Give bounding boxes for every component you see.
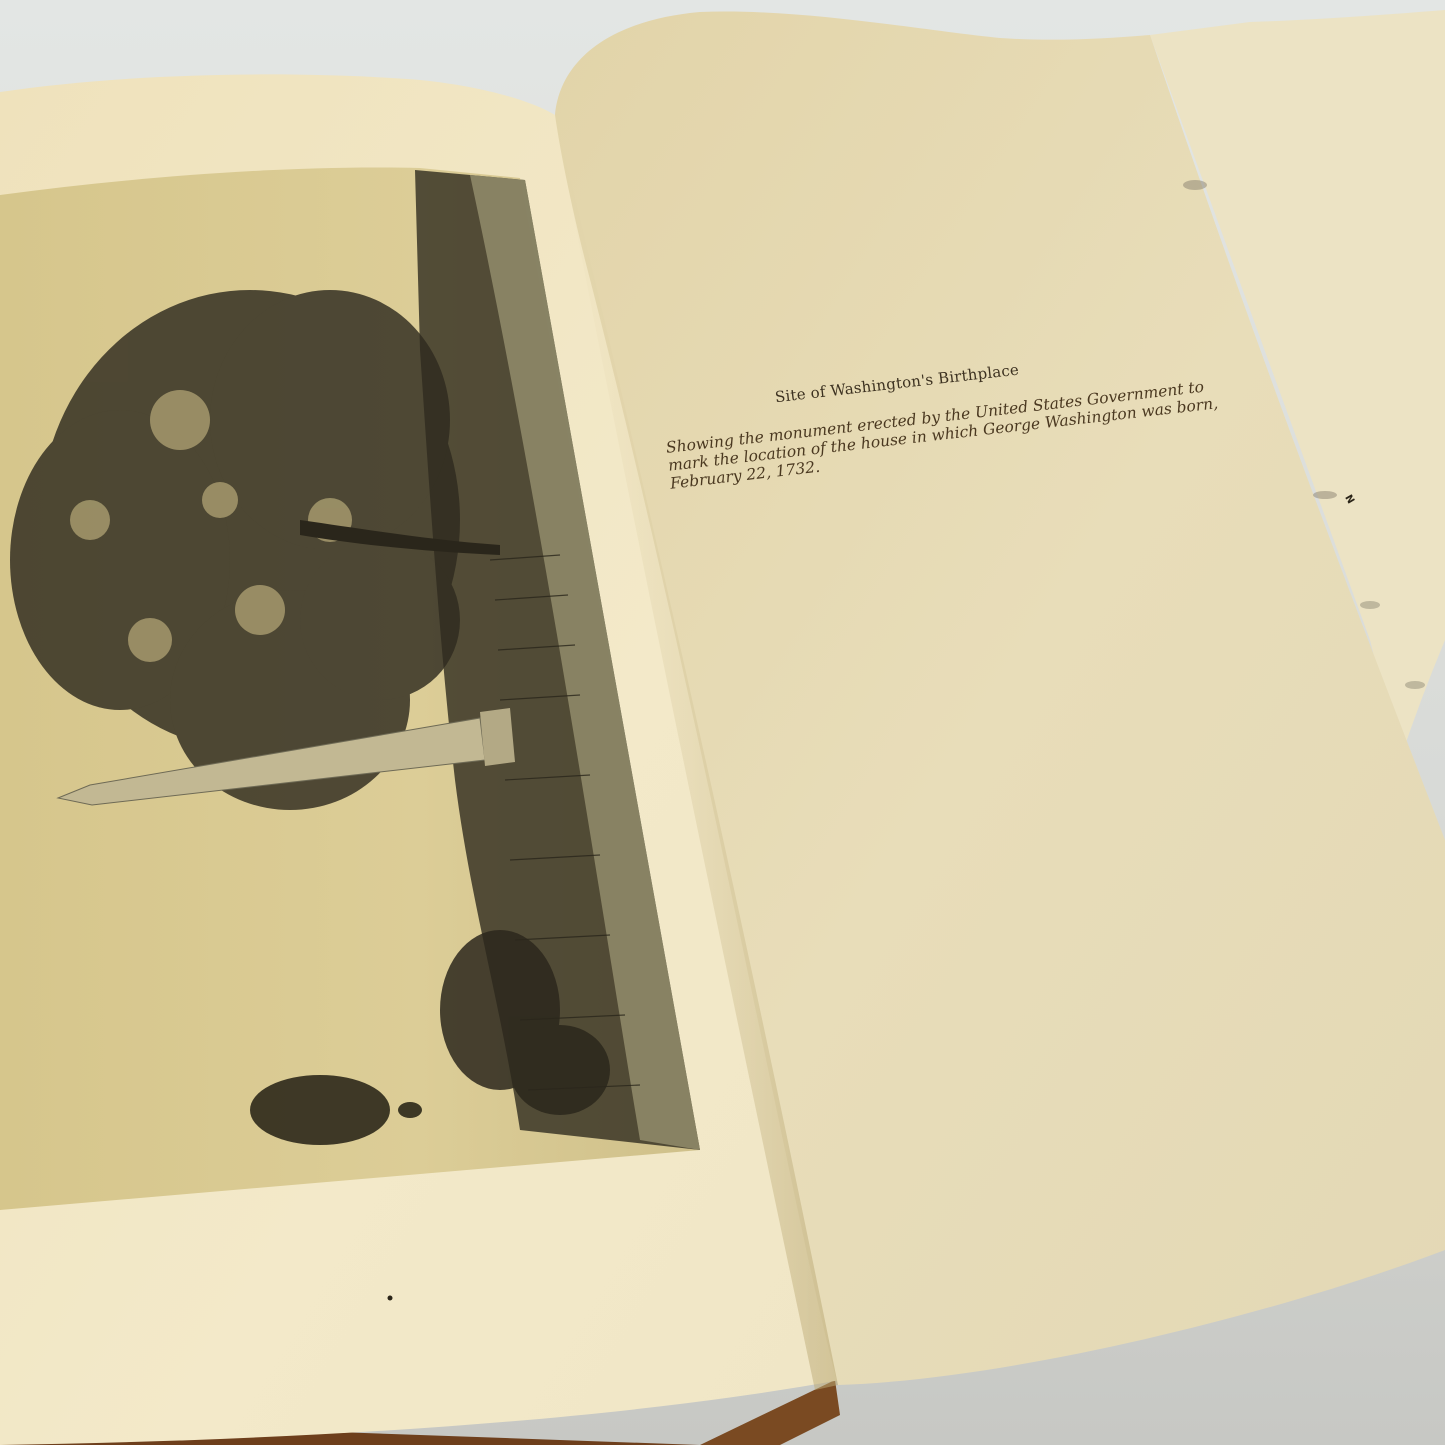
open-book-illustration	[0, 0, 1445, 1445]
book-photo-scene: Site of Washington's Birthplace Showing …	[0, 0, 1445, 1445]
